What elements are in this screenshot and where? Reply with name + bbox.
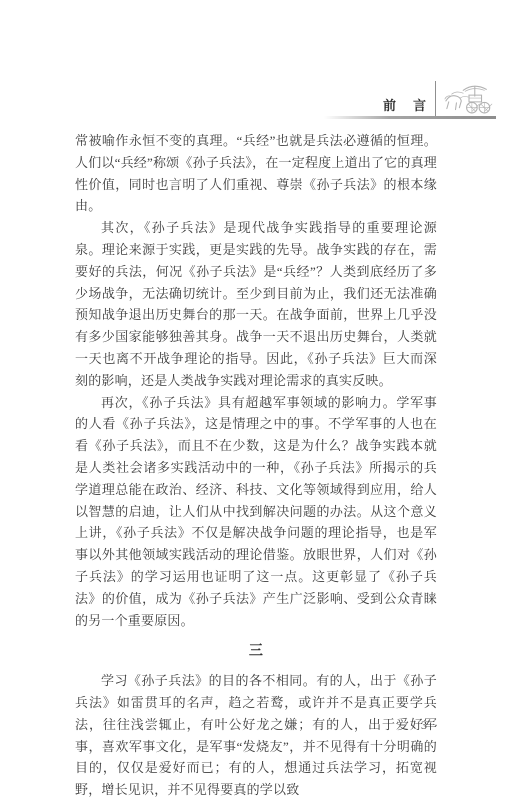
paragraph: 学习《孙子兵法》的目的各不相同。有的人，出于《孙子兵法》如雷贯耳的名声，趋之若鹜… <box>75 670 437 800</box>
page-header: 前 言 <box>383 80 496 118</box>
page-footer: · 3 · <box>75 716 440 734</box>
page-number: · 3 · <box>410 718 440 732</box>
header-rule <box>324 116 496 119</box>
section-marker: 三 <box>75 641 437 663</box>
horse-chariot-ornament-icon <box>442 80 496 118</box>
page-body: 常被喻作永恒不变的真理。“兵经”也就是兵法必遵循的恒理。人们以“兵经”称颂《孙子… <box>75 130 437 800</box>
chapter-title: 前 言 <box>383 95 428 114</box>
paragraph: 其次，《孙子兵法》是现代战争实践指导的重要理论源泉。理论来源于实践，更是实践的先… <box>75 217 437 391</box>
book-page: 前 言 <box>0 0 510 800</box>
paragraph-continuation: 常被喻作永恒不变的真理。“兵经”也就是兵法必遵循的恒理。人们以“兵经”称颂《孙子… <box>75 130 437 217</box>
header-divider <box>435 81 436 117</box>
paragraph: 再次，《孙子兵法》具有超越军事领域的影响力。学军事的人看《孙子兵法》，这是情理之… <box>75 392 437 632</box>
